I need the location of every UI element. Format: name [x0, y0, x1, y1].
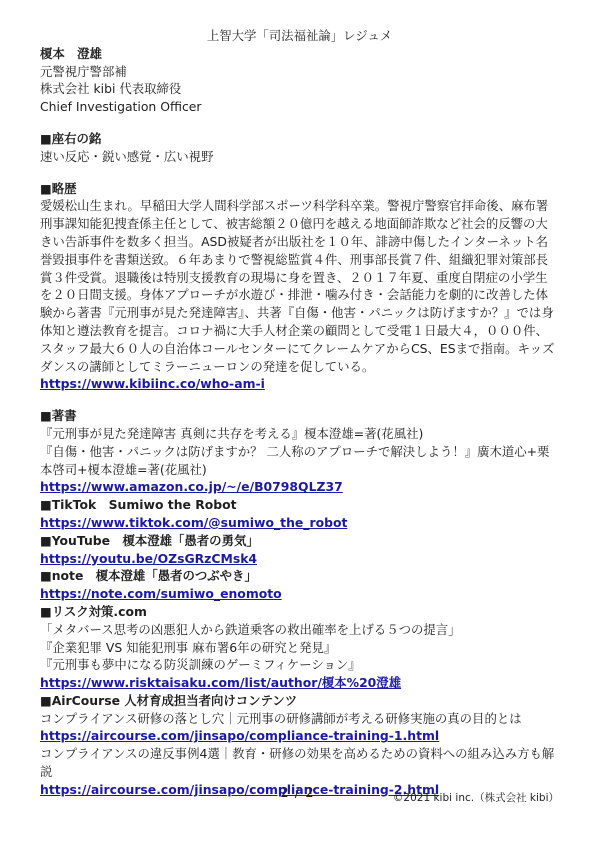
risktaisaku-item: 『企業犯罪 VS 知能犯刑事 麻布署6年の研究と発見』	[40, 639, 559, 657]
document-page: 上智大学「司法福祉論」レジュメ 榎本 澄雄 元警視庁警部補 株式会社 kibi …	[0, 0, 595, 841]
risktaisaku-link-line: https://www.risktaisaku.com/list/author/…	[40, 674, 559, 692]
aircourse-training-1-link[interactable]: https://aircourse.com/jinsapo/compliance…	[40, 728, 439, 743]
youtube-link[interactable]: https://youtu.be/OZsGRzCMsk4	[40, 551, 257, 566]
section-gap	[40, 393, 559, 407]
profile-title-cio: Chief Investigation Officer	[40, 98, 559, 116]
amazon-author-link[interactable]: https://www.amazon.co.jp/~/e/B0798QLZ37	[40, 479, 343, 494]
profile-title-company: 株式会社 kibi 代表取締役	[40, 80, 559, 98]
document-content: 上智大学「司法福祉論」レジュメ 榎本 澄雄 元警視庁警部補 株式会社 kibi …	[40, 27, 559, 799]
note-link-line: https://note.com/sumiwo_enomoto	[40, 585, 559, 603]
page-title: 上智大学「司法福祉論」レジュメ	[40, 27, 559, 45]
section-gap	[40, 166, 559, 180]
tiktok-link-line: https://www.tiktok.com/@sumiwo_the_robot	[40, 514, 559, 532]
kibiinc-profile-link[interactable]: https://www.kibiinc.co/who-am-i	[40, 376, 265, 391]
tiktok-link[interactable]: https://www.tiktok.com/@sumiwo_the_robot	[40, 515, 347, 530]
books-heading: ■著書	[40, 407, 559, 425]
aircourse-link-line: https://aircourse.com/jinsapo/compliance…	[40, 727, 559, 745]
risktaisaku-author-link[interactable]: https://www.risktaisaku.com/list/author/…	[40, 675, 401, 690]
note-link[interactable]: https://note.com/sumiwo_enomoto	[40, 586, 282, 601]
biography-text: 愛媛松山生まれ。早稲田大学人間科学部スポーツ科学科卒業。警視庁警察官拝命後、麻布…	[40, 197, 559, 375]
aircourse-entry-text: コンプライアンス研修の落とし穴｜元刑事の研修講師が考える研修実施の真の目的とは	[40, 710, 559, 728]
profile-name: 榎本 澄雄	[40, 45, 559, 63]
copyright-text: ©2021 kibi inc.（株式会社 kibi）	[393, 790, 559, 805]
book-item: 『自傷・他害・パニックは防げますか？ 二人称のアプローチで解決しよう！』廣木道心…	[40, 443, 559, 479]
motto-text: 速い反応・鋭い感覚・広い視野	[40, 148, 559, 166]
books-link-line: https://www.amazon.co.jp/~/e/B0798QLZ37	[40, 478, 559, 496]
biography-heading: ■略歴	[40, 180, 559, 198]
book-item: 『元刑事が見た発達障害 真剣に共存を考える』榎本澄雄=著(花風社)	[40, 425, 559, 443]
risktaisaku-heading: ■リスク対策.com	[40, 603, 559, 621]
risktaisaku-item: 「メタバース思考の凶悪犯人から鉄道乗客の救出確率を上げる５つの提言」	[40, 621, 559, 639]
risktaisaku-item: 『元刑事も夢中になる防災訓練のゲーミフィケーション』	[40, 656, 559, 674]
note-heading: ■note 榎本澄雄「愚者のつぶやき」	[40, 567, 559, 585]
section-gap	[40, 116, 559, 130]
biography-link-line: https://www.kibiinc.co/who-am-i	[40, 375, 559, 393]
youtube-heading: ■YouTube 榎本澄雄「愚者の勇気」	[40, 532, 559, 550]
aircourse-entry-text: コンプライアンスの違反事例4選｜教育・研修の効果を高めるための資料への組み込み方…	[40, 745, 559, 781]
tiktok-heading: ■TikTok Sumiwo the Robot	[40, 496, 559, 514]
aircourse-heading: ■AirCourse 人材育成担当者向けコンテンツ	[40, 692, 559, 710]
profile-title-police: 元警視庁警部補	[40, 63, 559, 81]
youtube-link-line: https://youtu.be/OZsGRzCMsk4	[40, 550, 559, 568]
motto-heading: ■座右の銘	[40, 130, 559, 148]
